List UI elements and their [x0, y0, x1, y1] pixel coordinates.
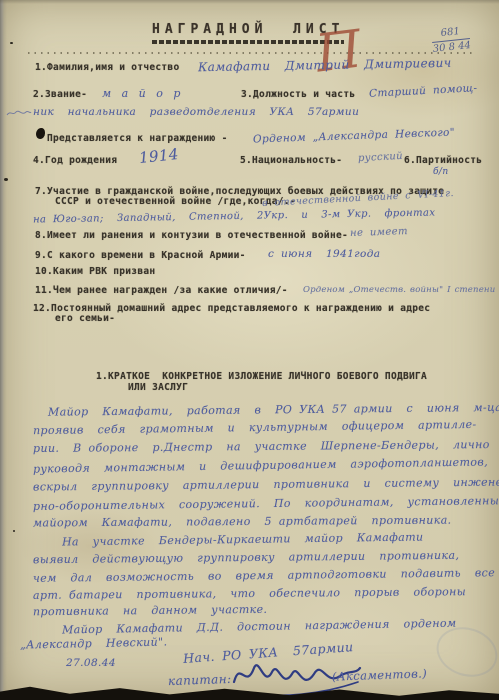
narrative-line: Майор Камафати, работая в РО УКА 57 арми…	[48, 401, 499, 417]
field12-label-line2: его семьи-	[55, 314, 115, 324]
field9-label: 9.С какого времени в Красной Армии-	[35, 251, 246, 261]
narrative-line: руководя монтажным и дешифрированием аэр…	[33, 456, 488, 474]
present-label: Представляется к награждению -	[47, 134, 228, 144]
narrative-line: чем дал возможность во время артподготов…	[33, 567, 495, 584]
paper-speck	[13, 530, 15, 532]
scan-top-edge	[0, 0, 499, 4]
field6-label: 6.Партийность	[404, 156, 482, 166]
dotted-rule	[28, 52, 474, 54]
paper-speck	[10, 42, 13, 44]
field3-value-line1: Старший помощ-	[369, 83, 478, 99]
narrative-line: майором Камафати, подавлено 5 артбатарей…	[33, 515, 452, 529]
narrative-line: рно-оборонительных сооружений. По коорди…	[33, 495, 499, 512]
field4-label: 4.Год рождения	[33, 156, 117, 166]
corner-registration-number: 681 30 8 44	[431, 25, 472, 55]
field2-label: 2.Звание-	[33, 90, 87, 100]
ink-blot	[36, 128, 45, 139]
narrative-line: арт. батареи противника, что обеспечило …	[33, 586, 466, 601]
field7-label-line2: СССР и отечественной войне /где,когда/.-	[55, 197, 296, 207]
section-heading-line1: 1.КРАТКОЕ КОНКРЕТНОЕ ИЗЛОЖЕНИЕ ЛИЧНОГО Б…	[96, 372, 427, 382]
paper-speck	[4, 178, 8, 181]
narrative-line: выявил действующую группировку артиллери…	[33, 550, 459, 565]
field11-label: 11.Чем ранее награжден /за какие отличия…	[35, 286, 288, 296]
narrative-line: проявив себя грамотным и культурным офиц…	[33, 419, 477, 436]
field5-label: 5.Национальность-	[240, 156, 342, 166]
award-sheet-document: НАГРАДНОЙ ЛИСТ П 681 30 8 44 1.Фамилия,и…	[0, 0, 499, 700]
narrative-line: вскрыл группировку артиллерии противника…	[33, 477, 499, 493]
footer-position-line2: капитан:	[168, 673, 232, 687]
field8-value: не имеет	[350, 227, 408, 239]
section-heading-line2: ИЛИ ЗАСЛУГ	[128, 383, 188, 393]
field3-label: 3.Должность и часть	[241, 90, 355, 100]
field8-label: 8.Имеет ли ранения и контузии в отечеств…	[35, 231, 348, 241]
narrative-line: Майор Камафати Д.Д. достоин награждения …	[62, 618, 457, 636]
footer-date: 27.08.44	[66, 658, 116, 669]
field3-value-line2: ник начальника разведотделения УКА 57арм…	[33, 107, 359, 118]
field10-label: 10.Каким РВК призван	[35, 267, 155, 277]
margin-scribble	[6, 108, 32, 118]
present-value: Орденом „Александра Невского"	[253, 127, 455, 145]
narrative-line: противника на данном участке.	[33, 604, 268, 617]
narrative-line: „Александр Невский".	[20, 636, 168, 650]
footer-name: (Аксаментов.)	[332, 668, 427, 683]
field5-value: русский	[358, 152, 404, 164]
field9-value: с июня 1941года	[268, 249, 380, 260]
field6-value: б/п	[433, 168, 449, 177]
field2-value: м а й о р	[102, 88, 182, 99]
field7-value-line2: на Юго-зап; Западный, Степной, 2Укр. и 3…	[33, 208, 436, 225]
field1-value: Камафати Дмитрий Дмитриевич	[198, 57, 452, 73]
scan-left-edge	[0, 0, 7, 700]
field4-value: 1914	[138, 147, 179, 166]
narrative-line: На участке Бендеры-Киркаешти майор Камаф…	[62, 531, 424, 547]
field1-label: 1.Фамилия,имя и отчество	[35, 63, 179, 73]
narrative-line: рии. В обороне р.Днестр на участке Шерпе…	[33, 439, 490, 454]
field11-value: Орденом „Отечеств. войны" I степени	[303, 286, 495, 295]
